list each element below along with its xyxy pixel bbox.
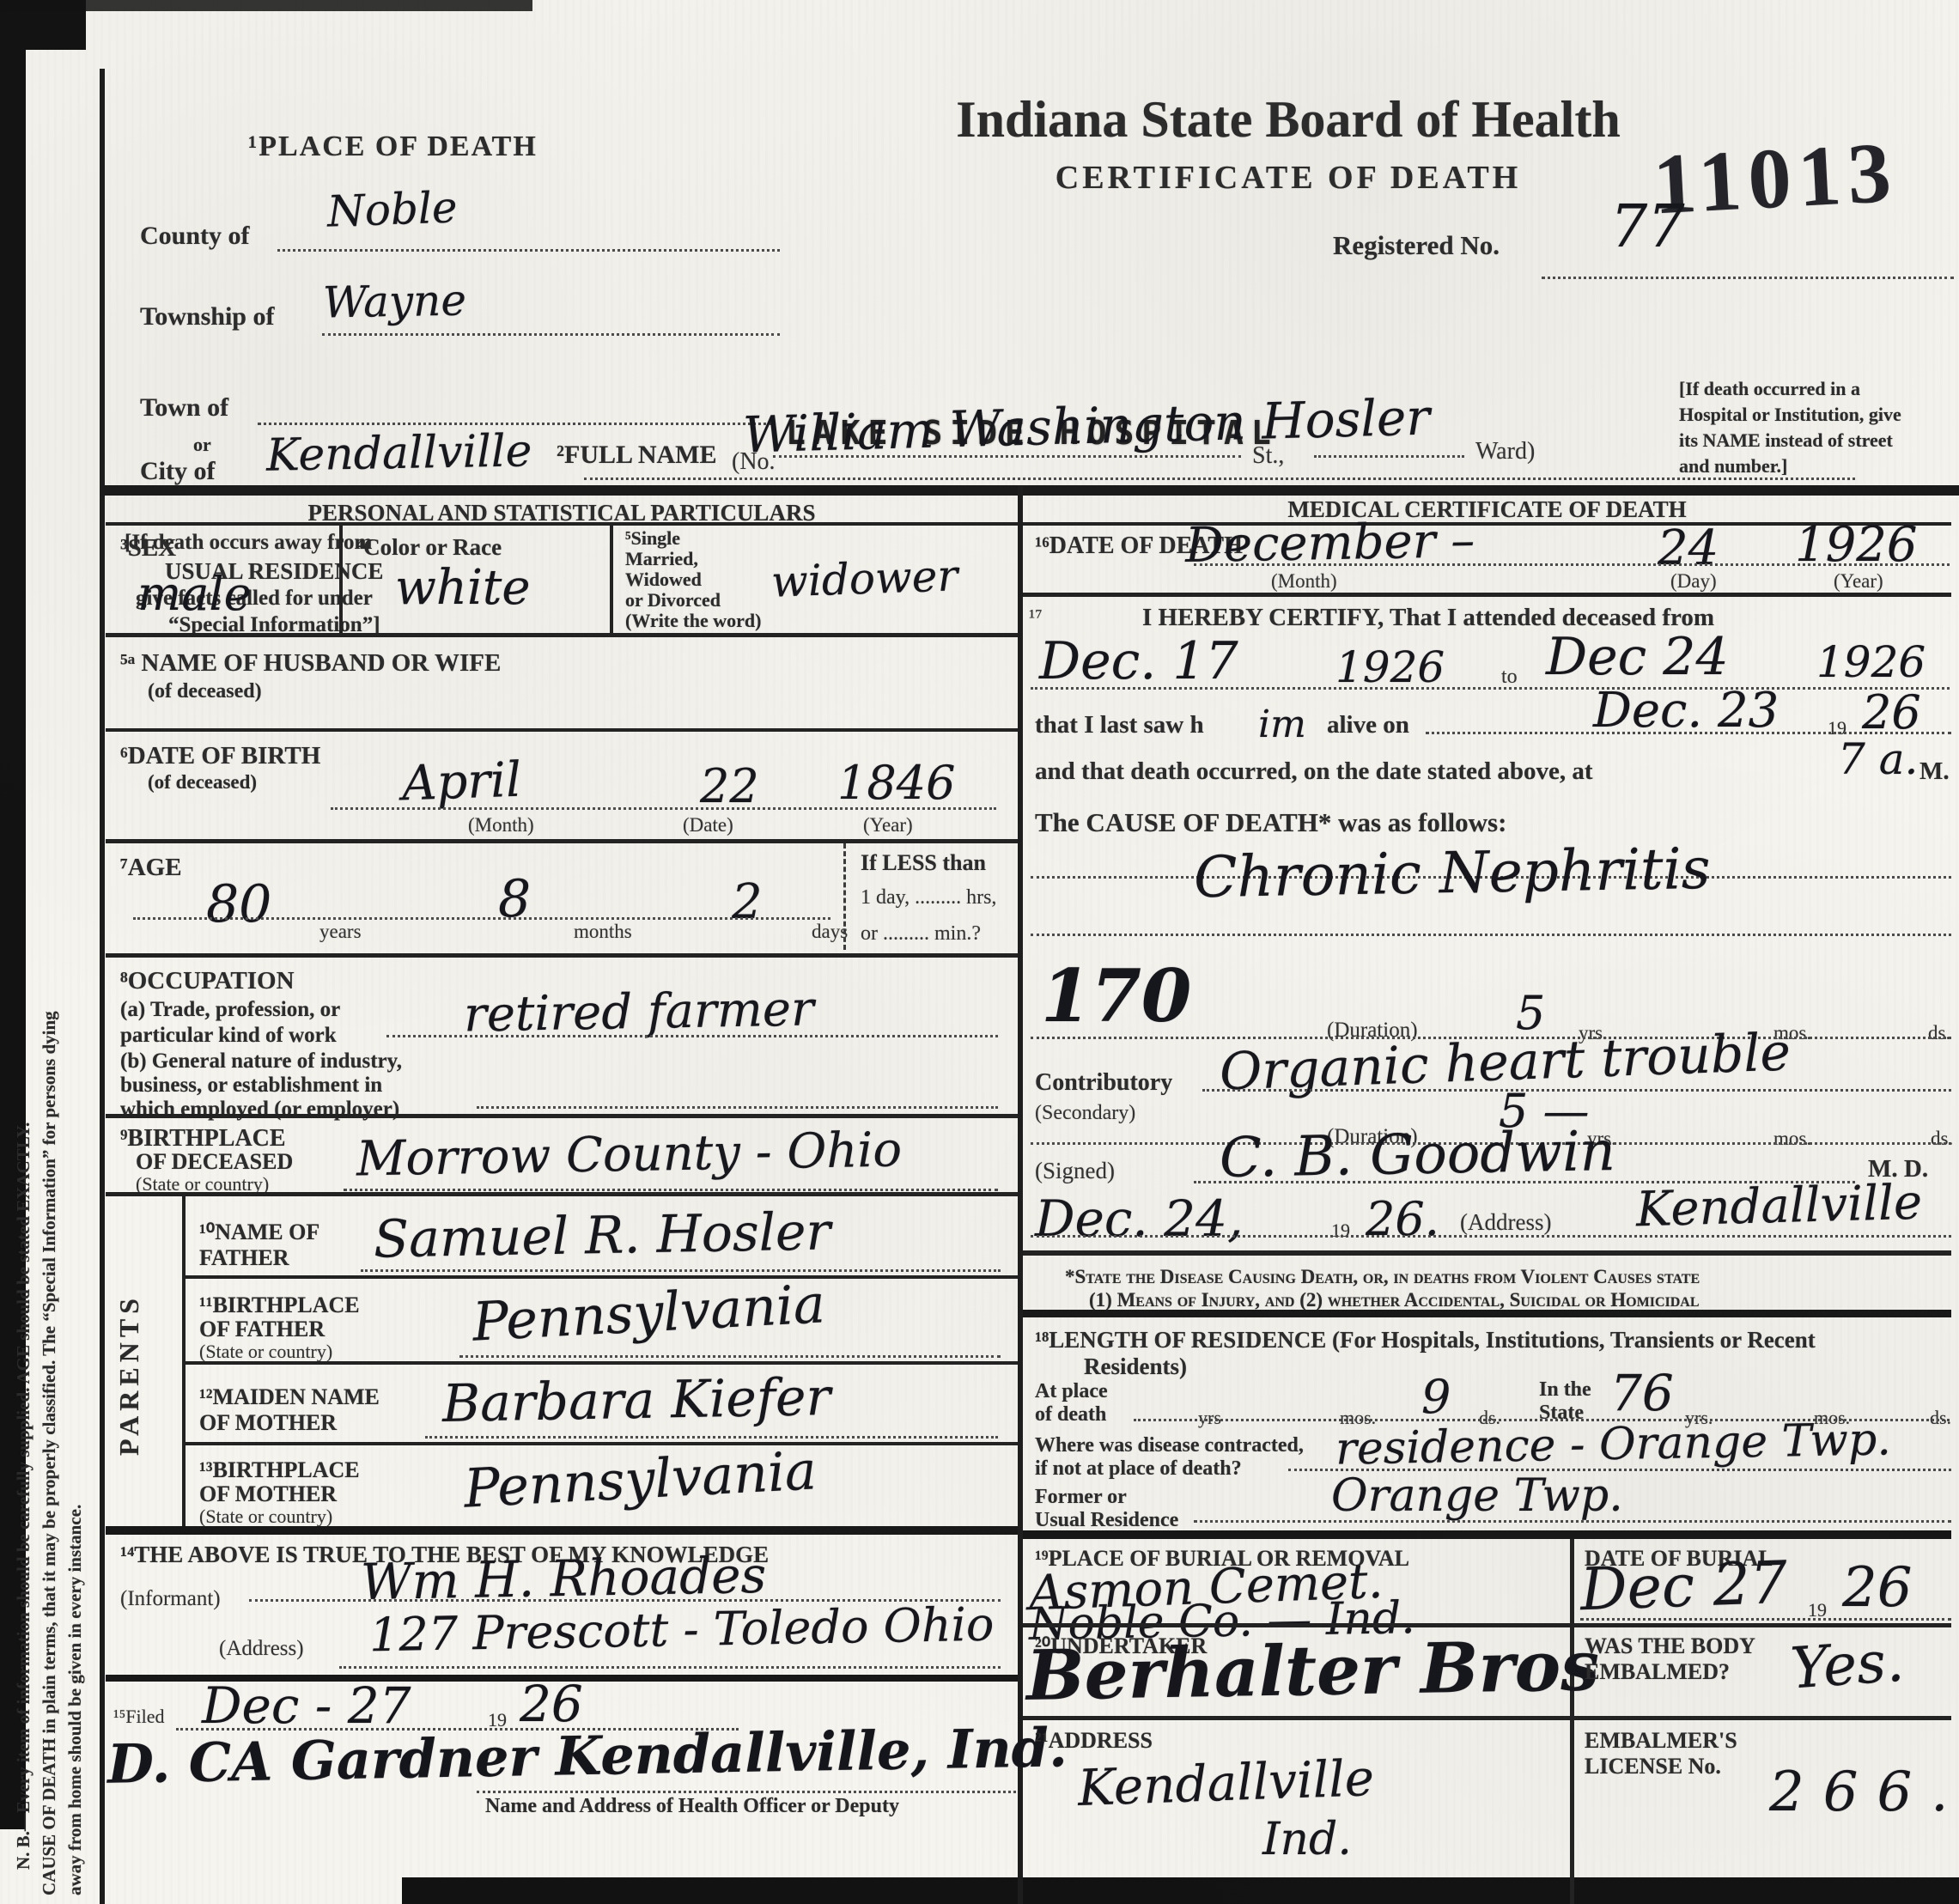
certificate-number-stamp: 11013 bbox=[1651, 123, 1900, 234]
registered-label: Registered No. bbox=[1333, 230, 1500, 261]
contributory-sublabel: (Secondary) bbox=[1035, 1102, 1135, 1125]
last-saw-prefix: that I last saw h bbox=[1035, 711, 1204, 739]
certify-number: ¹⁷ bbox=[1029, 606, 1043, 630]
burial-date-rule bbox=[1580, 1618, 1951, 1621]
rule bbox=[182, 1442, 1018, 1445]
birthplace-value: Morrow County - Ohio bbox=[356, 1122, 902, 1187]
occupation-label: ⁸OCCUPATION bbox=[120, 967, 295, 995]
age-label: ⁷AGE bbox=[120, 854, 182, 882]
margin-note-3: away from home should be given in every … bbox=[64, 1505, 86, 1895]
dod-month-label: (Month) bbox=[1271, 570, 1337, 593]
dob-day-value: 22 bbox=[700, 759, 759, 813]
marital-label-3: Widowed bbox=[625, 569, 702, 591]
scan-bottom-band bbox=[402, 1877, 1959, 1904]
at-place-yrs-label: yrs bbox=[1198, 1407, 1221, 1429]
license-label-2: LICENSE No. bbox=[1585, 1754, 1721, 1779]
occupation-a-label-2: particular kind of work bbox=[120, 1024, 337, 1048]
informant-address-value: 127 Prescott - Toledo Ohio bbox=[369, 1597, 995, 1663]
race-value: white bbox=[395, 560, 531, 616]
embalmed-label-2: EMBALMED? bbox=[1585, 1659, 1730, 1685]
contracted-value: residence - Orange Twp. bbox=[1335, 1414, 1892, 1475]
dob-month-label: (Month) bbox=[468, 814, 534, 836]
license-value: 266. bbox=[1769, 1761, 1959, 1824]
county-value: Noble bbox=[326, 182, 458, 236]
rule bbox=[182, 1275, 1018, 1279]
race-label: ⁴Color or Race bbox=[356, 534, 502, 561]
rule bbox=[106, 522, 1018, 526]
death-occurred-text: and that death occurred, on the date sta… bbox=[1035, 757, 1593, 786]
header-divider bbox=[101, 485, 1959, 496]
spouse-sublabel: (of deceased) bbox=[148, 680, 262, 703]
filed-date-value: Dec - 27 bbox=[202, 1676, 411, 1735]
hospital-note-4: and number.] bbox=[1679, 455, 1787, 478]
death-certificate-scan: N. B.—Every item of information should b… bbox=[0, 0, 1959, 1904]
date-of-death-rule bbox=[1194, 563, 1950, 566]
in-state-ds-label: ds. bbox=[1930, 1407, 1951, 1429]
rule bbox=[1023, 593, 1951, 597]
certify-to-word: to bbox=[1501, 666, 1518, 689]
burial-year-value: 26 bbox=[1842, 1556, 1912, 1620]
cause-value: Chronic Nephritis bbox=[1193, 836, 1711, 910]
undertaker-address-value-2: Ind. bbox=[1262, 1814, 1352, 1865]
marital-label-2: Married, bbox=[625, 548, 698, 570]
occupation-b-rule bbox=[477, 1106, 998, 1109]
dob-year-value: 1846 bbox=[837, 756, 955, 810]
age-less-1: If LESS than bbox=[861, 850, 986, 876]
rule bbox=[182, 1361, 1018, 1365]
occupation-a-rule bbox=[386, 1035, 998, 1037]
violent-note-1: *State the Disease Causing Death, or, in… bbox=[1065, 1266, 1700, 1288]
age-years-label: years bbox=[319, 921, 362, 943]
mother-label-1: ¹²MAIDEN NAME bbox=[199, 1384, 380, 1410]
informant-label: (Informant) bbox=[120, 1587, 221, 1611]
cert-title: CERTIFICATE OF DEATH bbox=[910, 159, 1666, 197]
age-less-3: or ......... min.? bbox=[861, 922, 981, 946]
county-label: County of bbox=[140, 222, 250, 251]
in-state-yrs-value: 76 bbox=[1610, 1364, 1674, 1422]
rule bbox=[106, 1192, 1018, 1196]
burial-grid-divider bbox=[1570, 1539, 1574, 1904]
certify-from-year: 1926 bbox=[1335, 642, 1445, 692]
hospital-note-1: [If death occurred in a bbox=[1679, 378, 1860, 400]
former-rule bbox=[1194, 1520, 1951, 1523]
full-name-label: ²FULL NAME bbox=[557, 441, 717, 470]
age-less-divider bbox=[843, 843, 846, 950]
city-value: Kendallville bbox=[265, 425, 532, 481]
board-title: Indiana State Board of Health bbox=[859, 90, 1718, 149]
parents-label: PARENTS bbox=[113, 1293, 145, 1456]
undertaker-address-label: ²¹ADDRESS bbox=[1035, 1728, 1153, 1754]
form-left-border bbox=[100, 69, 105, 1904]
scan-top-edge bbox=[0, 0, 532, 11]
marital-value: widower bbox=[770, 551, 958, 607]
occupation-b-label-1: (b) General nature of industry, bbox=[120, 1049, 402, 1074]
mother-rule bbox=[425, 1436, 998, 1439]
age-days-label: days bbox=[812, 921, 848, 943]
undertaker-value: Berhalter Bros bbox=[1025, 1625, 1600, 1716]
certify-to-value: Dec 24 bbox=[1546, 627, 1729, 687]
death-occurred-time: 7 a. bbox=[1838, 734, 1918, 784]
age-months-value: 8 bbox=[498, 869, 531, 929]
sex-value: male bbox=[137, 567, 252, 621]
dob-label: ⁶DATE OF BIRTH bbox=[120, 742, 320, 770]
st-rule bbox=[1314, 455, 1464, 458]
father-birthplace-sublabel: (State or country) bbox=[199, 1341, 332, 1363]
in-state-label-1: In the bbox=[1539, 1378, 1591, 1402]
mother-label-2: OF MOTHER bbox=[199, 1410, 337, 1436]
town-label: Town of bbox=[140, 393, 228, 423]
violent-note-2: (1) Means of Injury, and (2) whether Acc… bbox=[1089, 1289, 1700, 1311]
rule bbox=[339, 526, 343, 633]
mother-birthplace-value: Pennsylvania bbox=[462, 1439, 818, 1519]
age-rule bbox=[133, 917, 830, 920]
contributory-label: Contributory bbox=[1035, 1069, 1172, 1097]
rule bbox=[1023, 1250, 1951, 1256]
signed-address-rule bbox=[1031, 1235, 1951, 1238]
occupation-a-value: retired farmer bbox=[463, 981, 814, 1043]
former-value: Orange Twp. bbox=[1331, 1470, 1623, 1522]
burial-date-value: Dec 27 bbox=[1579, 1549, 1789, 1624]
father-value: Samuel R. Hosler bbox=[373, 1201, 830, 1269]
registered-rule bbox=[1542, 277, 1954, 279]
rule bbox=[106, 1114, 1018, 1118]
cause-title: The CAUSE OF DEATH* was as follows: bbox=[1035, 807, 1506, 838]
license-label-1: EMBALMER'S bbox=[1585, 1728, 1737, 1754]
occupation-b-label-2: business, or establishment in bbox=[120, 1074, 382, 1098]
birthplace-label-2: OF DECEASED bbox=[136, 1149, 293, 1175]
duration-ds-label: ds. bbox=[1928, 1022, 1950, 1044]
rule bbox=[106, 1526, 1018, 1535]
father-birthplace-label-1: ¹¹BIRTHPLACE bbox=[199, 1293, 360, 1318]
mother-birthplace-sublabel: (State or country) bbox=[199, 1506, 332, 1528]
hospital-note-3: its NAME instead of street bbox=[1679, 429, 1893, 452]
rule bbox=[106, 953, 1018, 958]
dod-day-label: (Day) bbox=[1670, 570, 1717, 593]
filed-label: ¹⁵Filed bbox=[113, 1706, 165, 1728]
registered-value: 77 bbox=[1610, 193, 1685, 261]
former-label-1: Former or bbox=[1035, 1486, 1127, 1509]
column-divider bbox=[1018, 485, 1023, 1904]
signed-name-value: C. B. Goodwin bbox=[1219, 1120, 1615, 1190]
rule bbox=[1023, 1310, 1951, 1317]
father-birthplace-rule bbox=[459, 1355, 1001, 1358]
place-of-death-title: ¹PLACE OF DEATH bbox=[248, 131, 538, 163]
ward-label: Ward) bbox=[1475, 438, 1535, 465]
age-months-label: months bbox=[574, 921, 632, 943]
certify-to-year: 1926 bbox=[1816, 637, 1926, 687]
signed-address-value: Kendallville bbox=[1635, 1175, 1923, 1238]
father-rule bbox=[361, 1269, 1001, 1272]
dob-day-label: (Date) bbox=[683, 814, 733, 836]
signed-address-label: (Address) bbox=[1460, 1209, 1551, 1236]
informant-address-rule bbox=[339, 1666, 1001, 1669]
dob-year-label: (Year) bbox=[863, 814, 913, 836]
rule bbox=[106, 633, 1018, 637]
certify-from-value: Dec. 17 bbox=[1039, 631, 1238, 691]
mother-value: Barbara Kiefer bbox=[441, 1367, 830, 1434]
marital-label-5: (Write the word) bbox=[625, 610, 761, 632]
former-label-2: Usual Residence bbox=[1035, 1509, 1178, 1532]
rule bbox=[1023, 1530, 1951, 1539]
rule bbox=[106, 728, 1018, 732]
informant-address-label: (Address) bbox=[219, 1637, 304, 1661]
at-place-label-2: of death bbox=[1035, 1403, 1106, 1426]
last-saw-mid: alive on bbox=[1327, 711, 1409, 739]
embalmed-label-1: WAS THE BODY bbox=[1585, 1633, 1755, 1659]
city-label: City of bbox=[140, 457, 215, 486]
father-birthplace-label-2: OF FATHER bbox=[199, 1317, 325, 1342]
contracted-label-1: Where was disease contracted, bbox=[1035, 1434, 1304, 1457]
embalmed-value: Yes. bbox=[1788, 1627, 1906, 1701]
spouse-label: ⁵ᵃ NAME OF HUSBAND OR WIFE bbox=[120, 649, 501, 678]
signature-rule bbox=[477, 1791, 1016, 1793]
at-place-ds-value: 9 bbox=[1421, 1370, 1451, 1424]
mother-birthplace-label-1: ¹³BIRTHPLACE bbox=[199, 1457, 360, 1483]
father-label-2: FATHER bbox=[199, 1245, 289, 1271]
rule bbox=[1023, 1716, 1951, 1720]
marital-label-1: ⁵Single bbox=[625, 527, 680, 550]
rule bbox=[106, 839, 1018, 843]
signed-date-value: Dec. 24, bbox=[1035, 1189, 1243, 1248]
township-rule bbox=[322, 333, 780, 336]
township-value: Wayne bbox=[323, 276, 467, 328]
duration2-mos-label: mos. bbox=[1773, 1128, 1811, 1150]
last-saw-him: im bbox=[1258, 703, 1306, 746]
undertaker-address-value-1: Kendallville bbox=[1077, 1749, 1375, 1817]
dob-month-value: April bbox=[401, 752, 522, 812]
rule bbox=[610, 526, 613, 633]
marital-label-4: or Divorced bbox=[625, 589, 721, 611]
duration2-ds-label: ds. bbox=[1931, 1128, 1953, 1150]
health-officer-label: Name and Address of Health Officer or De… bbox=[485, 1795, 899, 1818]
father-birthplace-value: Pennsylvania bbox=[471, 1272, 826, 1353]
death-occurred-m: M. bbox=[1919, 757, 1950, 786]
age-years-value: 80 bbox=[206, 874, 271, 934]
birthplace-rule bbox=[344, 1189, 998, 1191]
margin-note-2: CAUSE OF DEATH in plain terms, that it m… bbox=[39, 1011, 60, 1895]
last-saw-date: Dec. 23 bbox=[1593, 683, 1779, 739]
county-rule bbox=[277, 249, 780, 252]
residence-title-2: Residents) bbox=[1084, 1353, 1187, 1380]
date-of-death-day: 24 bbox=[1658, 520, 1719, 576]
margin-note-1: N. B.—Every item of information should b… bbox=[13, 1122, 34, 1870]
or-label: or bbox=[193, 434, 211, 456]
signed-year-value: 26. bbox=[1366, 1192, 1439, 1246]
town-rule bbox=[258, 423, 773, 425]
hospital-note-2: Hospital or Institution, give bbox=[1679, 404, 1901, 426]
signed-year-printed: 19 bbox=[1331, 1220, 1350, 1242]
at-place-label-1: At place bbox=[1035, 1380, 1108, 1403]
sex-label: ³SEX bbox=[120, 534, 176, 563]
occupation-a-label-1: (a) Trade, profession, or bbox=[120, 998, 340, 1022]
mother-birthplace-label-2: OF MOTHER bbox=[199, 1481, 337, 1507]
residence-title-1: ¹⁸LENGTH OF RESIDENCE (For Hospitals, In… bbox=[1035, 1327, 1816, 1353]
township-label: Township of bbox=[140, 302, 274, 332]
full-name-value: William Washington Hosler bbox=[742, 388, 1431, 465]
father-label-1: ¹⁰NAME OF bbox=[199, 1220, 319, 1245]
signed-label: (Signed) bbox=[1035, 1158, 1115, 1184]
certify-rule bbox=[1031, 687, 1950, 690]
contracted-label-2: if not at place of death? bbox=[1035, 1457, 1242, 1481]
cause-code-value: 170 bbox=[1041, 953, 1191, 1038]
full-name-rule bbox=[584, 478, 1855, 480]
age-less-2: 1 day, ......... hrs, bbox=[861, 886, 996, 909]
cause-rule-2 bbox=[1031, 934, 1951, 936]
age-days-value: 2 bbox=[732, 874, 763, 930]
dob-sublabel: (of deceased) bbox=[148, 771, 257, 794]
dod-year-label: (Year) bbox=[1834, 570, 1883, 593]
